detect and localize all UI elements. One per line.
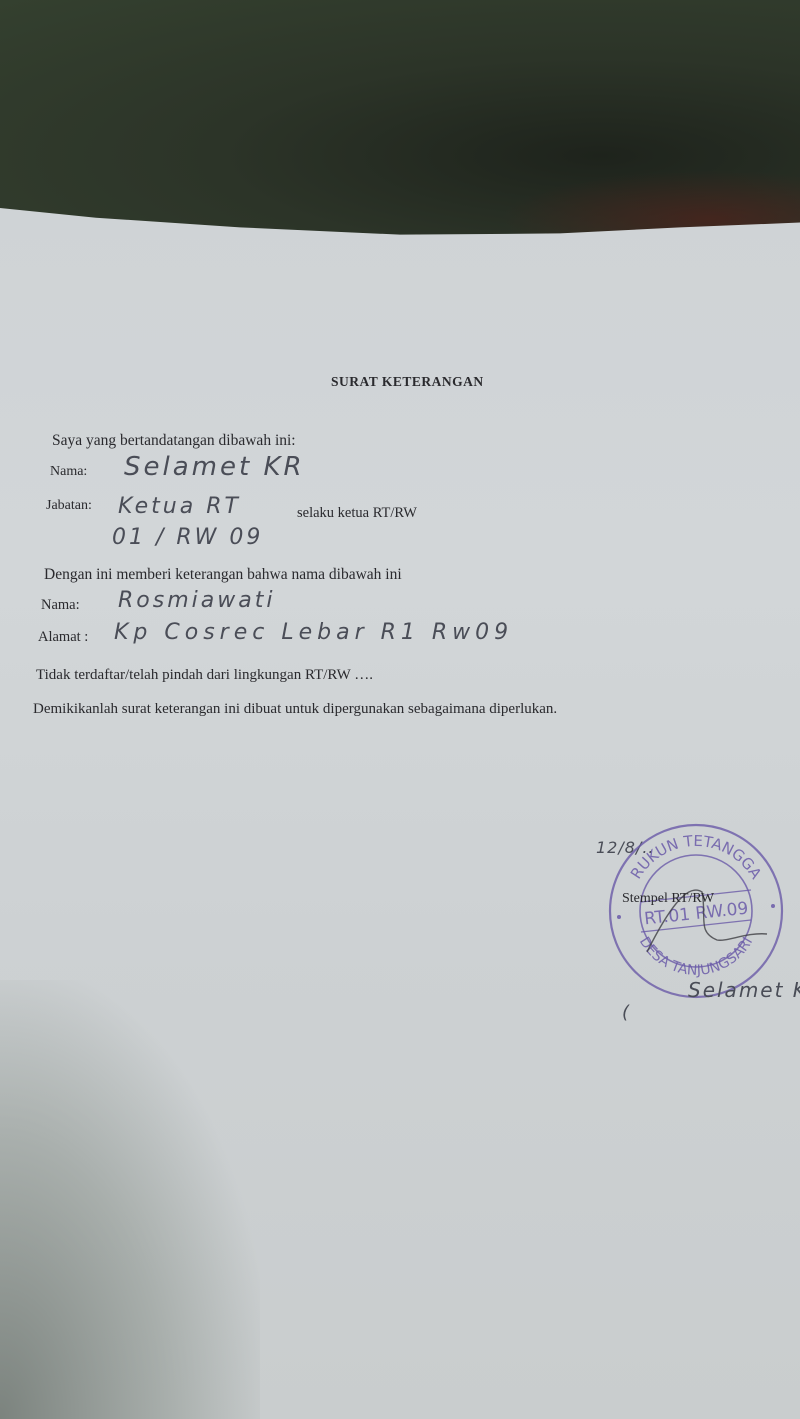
stamp-bottom-text: DESA TANJUNGSARI <box>636 934 756 979</box>
signature-bracket: ( <box>622 1002 632 1023</box>
signer-name-under-signature: Selamet KR <box>688 978 800 1002</box>
signer-name-label: Nama: <box>50 464 87 480</box>
statement-text: Dengan ini memberi keterangan bahwa nama… <box>44 566 402 584</box>
signer-position-handwritten-line1: Ketua RT <box>118 494 241 519</box>
subject-address-label: Alamat : <box>38 629 88 646</box>
svg-text:DESA TANJUNGSARI: DESA TANJUNGSARI <box>636 934 756 979</box>
closing-text: Demikikanlah surat keterangan ini dibuat… <box>33 701 557 718</box>
intro-text: Saya yang bertandatangan dibawah ini: <box>52 432 296 450</box>
signer-name-handwritten: Selamet KR <box>124 452 305 482</box>
document-title: SURAT KETERANGAN <box>331 374 484 390</box>
subject-address-handwritten: Kp Cosrec Lebar R1 Rw09 <box>114 620 513 645</box>
document: SURAT KETERANGAN Saya yang bertandatanga… <box>0 0 800 1419</box>
status-line: Tidak terdaftar/telah pindah dari lingku… <box>36 667 373 684</box>
subject-name-handwritten: Rosmiawati <box>118 588 275 613</box>
stamp-label: Stempel RT/RW <box>622 891 714 907</box>
subject-name-label: Nama: <box>41 597 80 614</box>
signer-position-suffix: selaku ketua RT/RW <box>297 505 417 522</box>
official-stamp: RUKUN TETANGGA DESA TANJUNGSARI RT.01 RW… <box>607 822 785 1000</box>
signer-position-handwritten-line2: 01 / RW 09 <box>112 525 263 550</box>
signer-position-label: Jabatan: <box>46 498 92 514</box>
